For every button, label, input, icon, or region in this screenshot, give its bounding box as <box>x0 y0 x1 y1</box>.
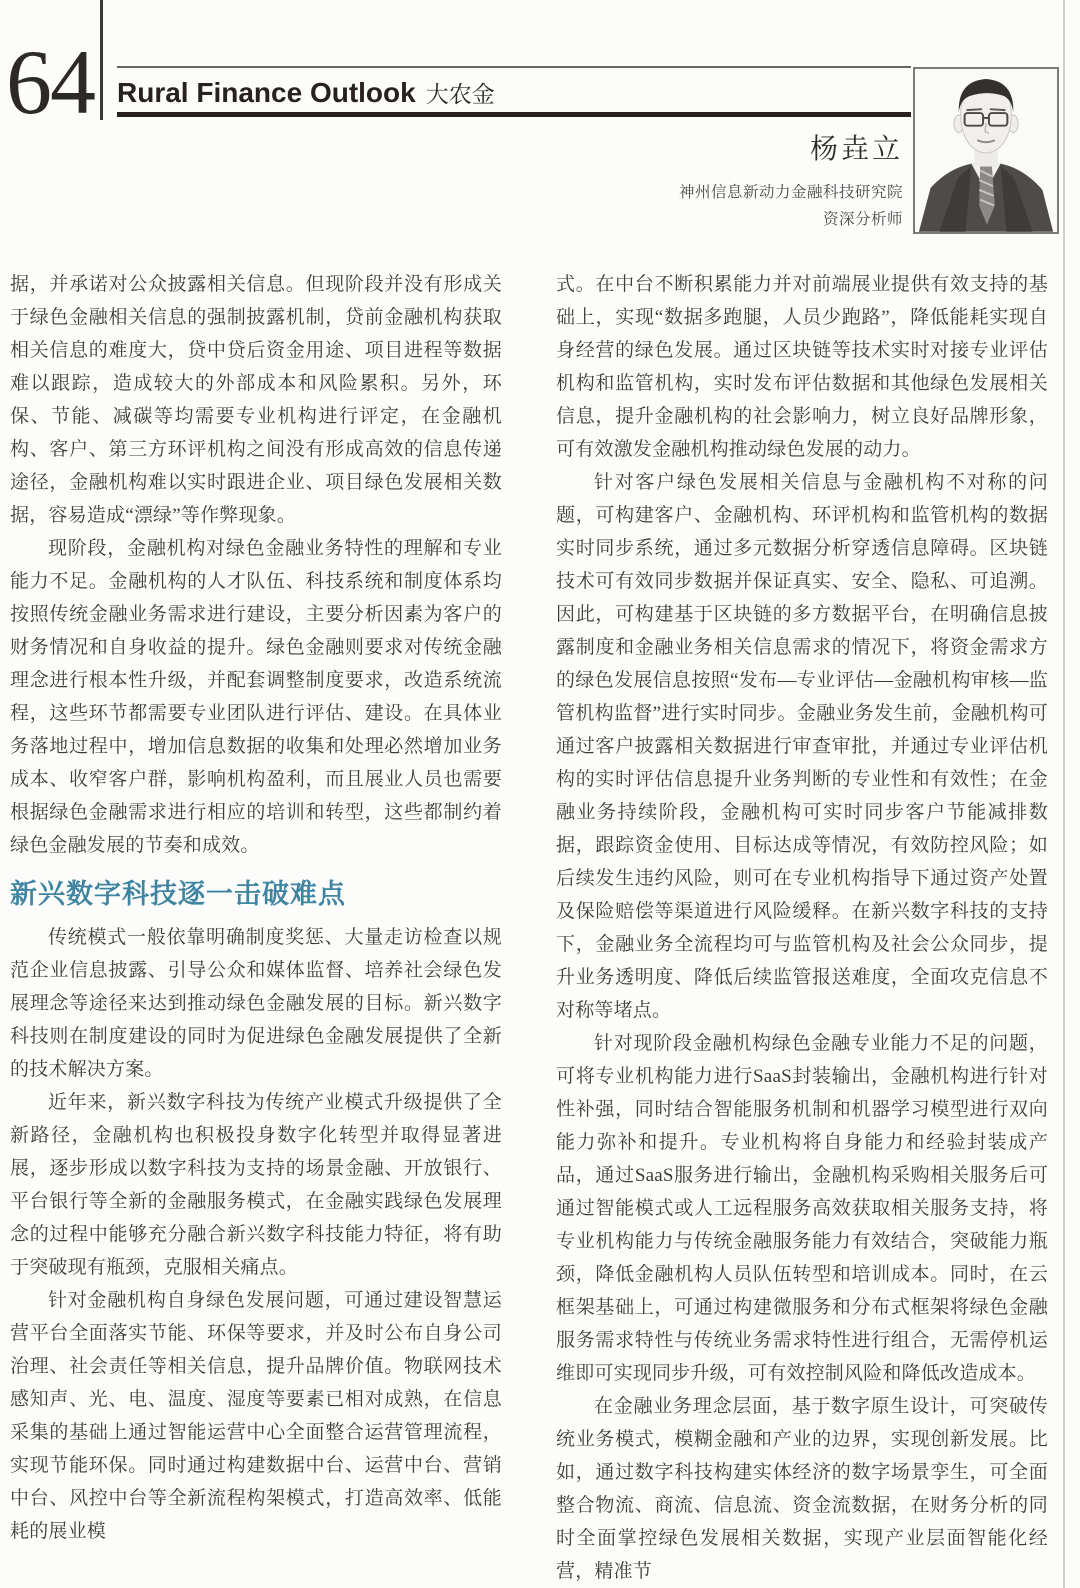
author-job-title: 资深分析师 <box>679 206 903 233</box>
magazine-page: 64 Rural Finance Outlook大农金 杨垚立 神州信息新动力金… <box>0 0 1080 1588</box>
section-title-en: Rural Finance Outlook <box>117 77 416 108</box>
paragraph-right-3: 针对现阶段金融机构绿色金融专业能力不足的问题，可将专业机构能力进行SaaS封装输… <box>556 1027 1048 1390</box>
paragraph-left-2: 现阶段，金融机构对绿色金融业务特性的理解和专业能力不足。金融机构的人才队伍、科技… <box>10 532 502 862</box>
author-name: 杨垚立 <box>679 127 903 167</box>
author-photo <box>913 67 1059 234</box>
paragraph-left-4: 近年来，新兴数字科技为传统产业模式升级提供了全新路径，金融机构也积极投身数字化转… <box>10 1086 502 1284</box>
paragraph-left-1: 据，并承诺对公众披露相关信息。但现阶段并没有形成关于绿色金融相关信息的强制披露机… <box>10 268 502 532</box>
section-title: Rural Finance Outlook大农金 <box>117 76 495 109</box>
page-number-divider <box>100 0 103 120</box>
section-heading: 新兴数字科技逐一击破难点 <box>10 878 502 911</box>
paragraph-left-3: 传统模式一般依靠明确制度奖惩、大量走访检查以规范企业信息披露、引导公众和媒体监督… <box>10 921 502 1086</box>
header-rule-bottom <box>117 112 911 117</box>
paragraph-left-5: 针对金融机构自身绿色发展问题，可通过建设智慧运营平台全面落实节能、环保等要求，并… <box>10 1284 502 1548</box>
page-number: 64 <box>6 36 94 128</box>
left-column: 据，并承诺对公众披露相关信息。但现阶段并没有形成关于绿色金融相关信息的强制披露机… <box>10 268 502 1548</box>
portrait-illustration <box>915 69 1057 232</box>
author-affiliation: 神州信息新动力金融科技研究院 <box>679 179 903 206</box>
header-rule-top <box>117 66 911 68</box>
paragraph-right-1: 式。在中台不断积累能力并对前端展业提供有效支持的基础上，实现“数据多跑腿，人员少… <box>556 268 1048 466</box>
page-edge-line <box>1063 0 1065 1588</box>
author-block: 杨垚立 神州信息新动力金融科技研究院 资深分析师 <box>679 127 903 233</box>
paragraph-right-2: 针对客户绿色发展相关信息与金融机构不对称的问题，可构建客户、金融机构、环评机构和… <box>556 466 1048 1027</box>
paragraph-right-4: 在金融业务理念层面，基于数字原生设计，可突破传统业务模式，模糊金融和产业的边界，… <box>556 1390 1048 1588</box>
section-title-zh: 大农金 <box>426 81 495 107</box>
right-column: 式。在中台不断积累能力并对前端展业提供有效支持的基础上，实现“数据多跑腿，人员少… <box>556 268 1048 1588</box>
